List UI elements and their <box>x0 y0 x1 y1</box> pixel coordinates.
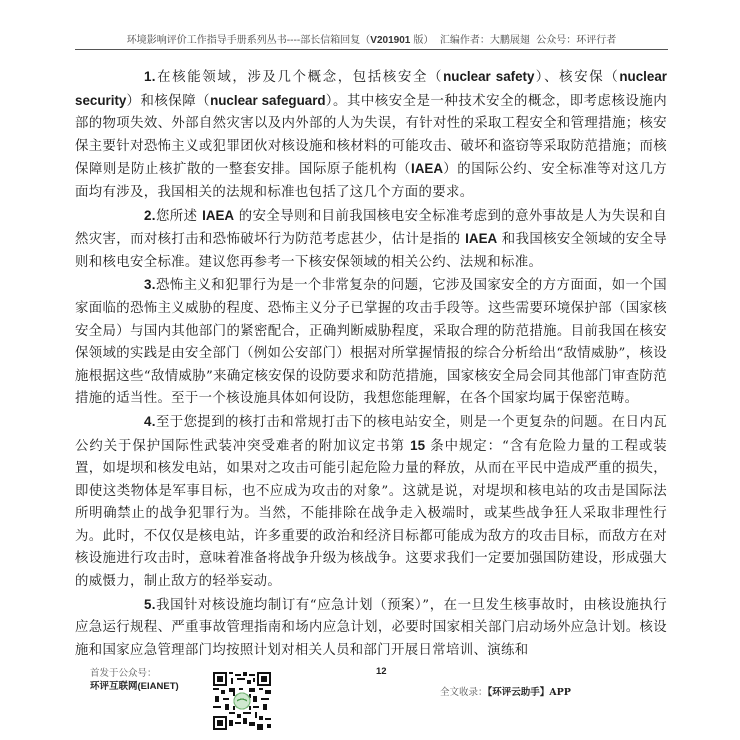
version-label: V201901 <box>370 35 410 46</box>
brand-name: 环评互联网(EIANET) <box>90 680 179 693</box>
paragraph-text: 您所述 <box>156 209 202 224</box>
paragraph-number: 5. <box>144 597 156 612</box>
paragraph-1: 1.在核能领域，涉及几个概念，包括核安全（nuclear safety）、核安保… <box>75 66 667 205</box>
paragraph-text: 在核能领域，涉及几个概念，包括核安全（ <box>156 70 443 85</box>
latin-term: 15 <box>410 438 425 453</box>
brand-en: (EIANET) <box>138 681 179 692</box>
document-page: 环境影响评价工作指导手册系列丛书----部长信箱回复（V201901 版） 汇编… <box>0 0 740 740</box>
paragraph-text: 条中规定：“含有危险力量的工程或装置，如堤坝和核发电站，如果对之攻击可能引起危险… <box>75 439 667 590</box>
latin-term: IAEA <box>202 208 234 223</box>
page-number: 12 <box>376 666 387 677</box>
body-text: 1.在核能领域，涉及几个概念，包括核安全（nuclear safety）、核安保… <box>75 66 667 662</box>
brand-cn: 环评互联网 <box>90 681 138 692</box>
paragraph-number: 4. <box>144 414 156 429</box>
app-name: 【环评云助手】APP <box>488 687 571 698</box>
series-title: 环境影响评价工作指导手册系列丛书----部长信箱回复（ <box>127 35 371 46</box>
latin-term: IAEA <box>465 231 497 246</box>
paragraph-5: 5.我国针对核设施均制订有“应急计划（预案）”，在一旦发生核事故时，由核设施执行… <box>75 594 667 663</box>
paragraph-text: ）、核安保（ <box>534 70 619 85</box>
running-header: 环境影响评价工作指导手册系列丛书----部长信箱回复（V201901 版） 汇编… <box>75 35 668 50</box>
paragraph-number: 1. <box>144 69 156 84</box>
collection-label: 全文收录： <box>440 687 488 698</box>
paragraph-2: 2.您所述 IAEA 的安全导则和目前我国核电安全标准考虑到的意外事故是人为失误… <box>75 205 667 275</box>
paragraph-text: 我国针对核设施均制订有“应急计划（预案）”，在一旦发生核事故时，由核设施执行应急… <box>75 598 667 658</box>
footer-collection-info: 全文收录：【环评云助手】APP <box>440 684 571 698</box>
latin-term: nuclear safety <box>443 69 534 84</box>
compiler-label: 汇编作者：大鹏展翅 <box>440 35 530 46</box>
version-suffix: 版） <box>410 35 433 46</box>
qr-code-icon <box>212 672 272 730</box>
wechat-label: 公众号：环评行者 <box>536 35 616 46</box>
paragraph-number: 2. <box>144 208 156 223</box>
paragraph-4: 4.至于您提到的核打击和常规打击下的核电站安全，则是一个更复杂的问题。在日内瓦公… <box>75 411 667 594</box>
paragraph-text: 恐怖主义和犯罪行为是一个非常复杂的问题，它涉及国家安全的方方面面，如一个国家面临… <box>75 278 667 406</box>
footer-publish-info: 首发于公众号： 环评互联网(EIANET) <box>90 667 179 693</box>
latin-term: nuclear safeguard <box>210 93 326 108</box>
paragraph-number: 3. <box>144 277 156 292</box>
paragraph-3: 3.恐怖主义和犯罪行为是一个非常复杂的问题，它涉及国家安全的方方面面，如一个国家… <box>75 274 667 411</box>
paragraph-text: ）和核保障（ <box>126 94 210 109</box>
first-published-label: 首发于公众号： <box>90 667 179 680</box>
latin-term: IAEA <box>411 161 443 176</box>
